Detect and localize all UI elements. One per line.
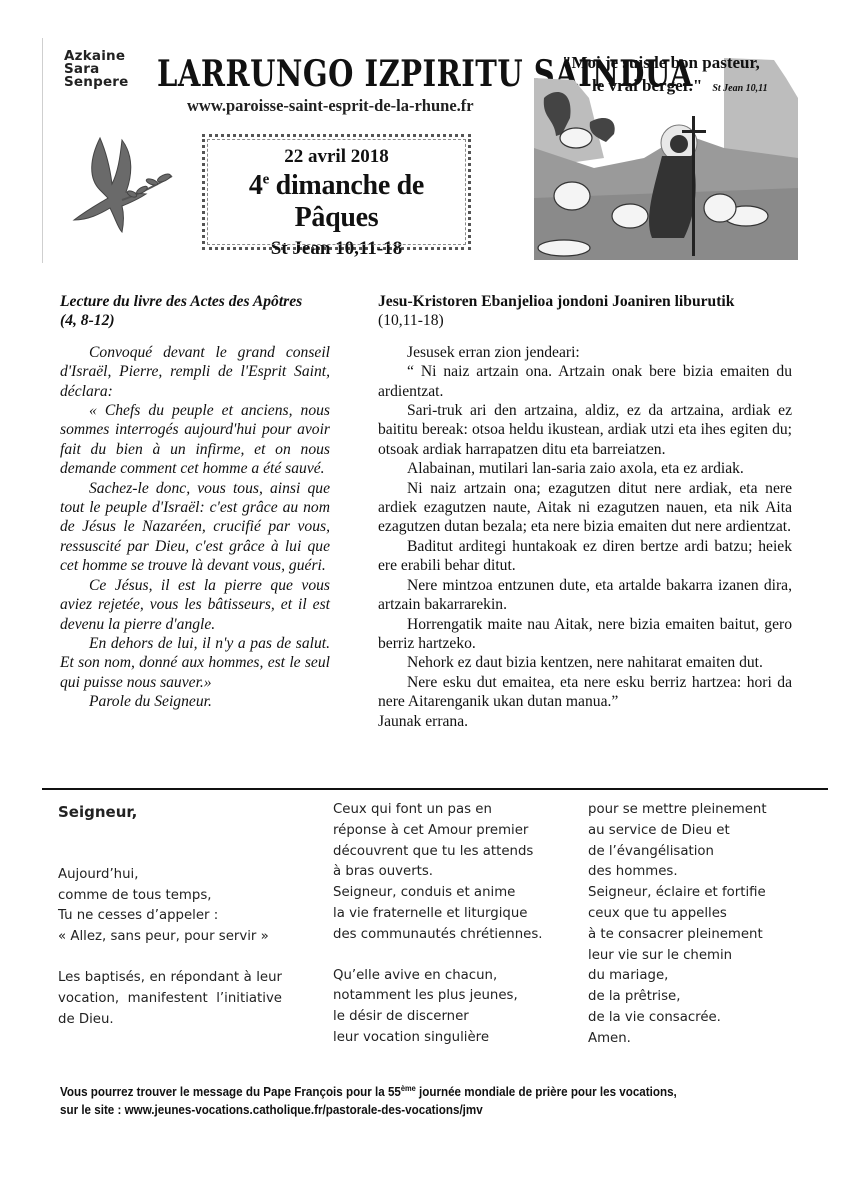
gospel-paragraph: Sari-truk ari den artzaina, aldiz, ez da… — [378, 401, 792, 459]
prayer-stanza: Aujourd’hui, comme de tous temps, Tu ne … — [58, 865, 282, 948]
sunday-number: 4 — [249, 170, 263, 201]
village-name: Senpere — [64, 76, 129, 89]
gospel-closing: Jaunak errana. — [378, 712, 792, 731]
quote-text: le vrai berger." — [592, 76, 702, 95]
footer-text: journée mondiale de prière pour les voca… — [416, 1085, 677, 1099]
sunday-label: dimanche de Pâques — [269, 170, 424, 233]
prayer-stanza: Les baptisés, en répondant à leur vocati… — [58, 968, 282, 1030]
gospel-paragraph: Jesusek erran zion jendeari: — [378, 343, 792, 362]
gospel-reference: St Jean 10,11-18 — [205, 238, 468, 260]
liturgical-sunday: 4e dimanche de Pâques — [205, 170, 468, 234]
gospel-paragraph: Ni naiz artzain ona; ezagutzen ditut ner… — [378, 479, 792, 537]
gospel-paragraph: “ Ni naiz artzain ona. Artzain onak bere… — [378, 362, 792, 401]
reading-title-text: Lecture du livre des Actes des Apôtres — [60, 293, 302, 310]
gospel-paragraph: Nere esku dut emaitea, eta nere esku ber… — [378, 673, 792, 712]
shepherd-quote-line-2: le vrai berger."St Jean 10,11 — [592, 76, 768, 96]
first-reading-title: Lecture du livre des Actes des Apôtres (… — [60, 292, 330, 331]
gospel-title: Jesu-Kristoren Ebanjelioa jondoni Joanir… — [378, 292, 792, 331]
footer-superscript: ème — [401, 1084, 416, 1093]
spacer — [58, 823, 282, 865]
gospel-reading: Jesu-Kristoren Ebanjelioa jondoni Joanir… — [378, 292, 792, 731]
footer-line-1: Vous pourrez trouver le message du Pape … — [60, 1080, 785, 1101]
gospel-paragraph: Alabainan, mutilari lan-saria zaio axola… — [378, 459, 792, 478]
gospel-paragraph: Nehork ez daut bizia kentzen, nere nahit… — [378, 653, 792, 672]
bulletin-header: Azkaine Sara Senpere LARRUNGO IZPIRITU S… — [42, 38, 794, 263]
reading-reference: (4, 8-12) — [60, 311, 330, 330]
prayer-column-2: Ceux qui font un pas en réponse à cet Am… — [333, 800, 565, 1049]
shepherd-quote-line-1: "Moi je suis le bon pasteur, — [562, 53, 760, 73]
reading-paragraph: « Chefs du peuple et anciens, nous somme… — [60, 401, 330, 479]
spacer — [58, 948, 282, 968]
parish-url[interactable]: www.paroisse-saint-esprit-de-la-rhune.fr — [187, 96, 474, 116]
gospel-paragraph: Baditut arditegi huntakoak ez diren bert… — [378, 537, 792, 576]
section-divider — [42, 788, 828, 790]
gospel-paragraph: Horrengatik maite nau Aitak, nere bizia … — [378, 615, 792, 654]
spacer — [333, 946, 565, 966]
bulletin-date: 22 avril 2018 — [205, 146, 468, 168]
reading-paragraph: Sachez-le donc, vous tous, ainsi que tou… — [60, 479, 330, 576]
reading-paragraph: Ce Jésus, il est la pierre que vous avie… — [60, 576, 330, 634]
header-left-rule — [42, 38, 43, 263]
prayer-column-3: pour se mettre pleinement au service de … — [588, 800, 820, 1050]
quote-reference: St Jean 10,11 — [712, 83, 767, 94]
reading-paragraph: En dehors de lui, il n'y a pas de salut.… — [60, 634, 330, 692]
first-reading: Lecture du livre des Actes des Apôtres (… — [60, 292, 330, 712]
gospel-paragraph: Nere mintzoa entzunen dute, eta artalde … — [378, 576, 792, 615]
footer-text: Vous pourrez trouver le message du Pape … — [60, 1085, 401, 1099]
prayer-stanza: pour se mettre pleinement au service de … — [588, 800, 820, 1050]
prayer-column-1: Seigneur, Aujourd’hui, comme de tous tem… — [58, 800, 282, 1030]
footer-note: Vous pourrez trouver le message du Pape … — [60, 1080, 785, 1119]
prayer-stanza: Qu’elle avive en chacun, notamment les p… — [333, 966, 565, 1049]
gospel-title-text: Jesu-Kristoren Ebanjelioa jondoni Joanir… — [378, 293, 734, 310]
reading-paragraph: Convoqué devant le grand conseil d'Israë… — [60, 343, 330, 401]
prayer-heading: Seigneur, — [58, 802, 282, 823]
spacer — [60, 331, 330, 343]
good-shepherd-illustration: "Moi je suis le bon pasteur, le vrai ber… — [534, 38, 798, 260]
footer-line-2[interactable]: sur le site : www.jeunes-vocations.catho… — [60, 1101, 785, 1119]
village-list: Azkaine Sara Senpere — [64, 50, 129, 89]
reading-closing: Parole du Seigneur. — [60, 692, 330, 711]
date-frame: 22 avril 2018 4e dimanche de Pâques St J… — [202, 134, 471, 250]
prayer-stanza: Ceux qui font un pas en réponse à cet Am… — [333, 800, 565, 946]
dove-icon — [60, 128, 180, 238]
gospel-reference: (10,11-18) — [378, 311, 792, 330]
spacer — [378, 331, 792, 343]
